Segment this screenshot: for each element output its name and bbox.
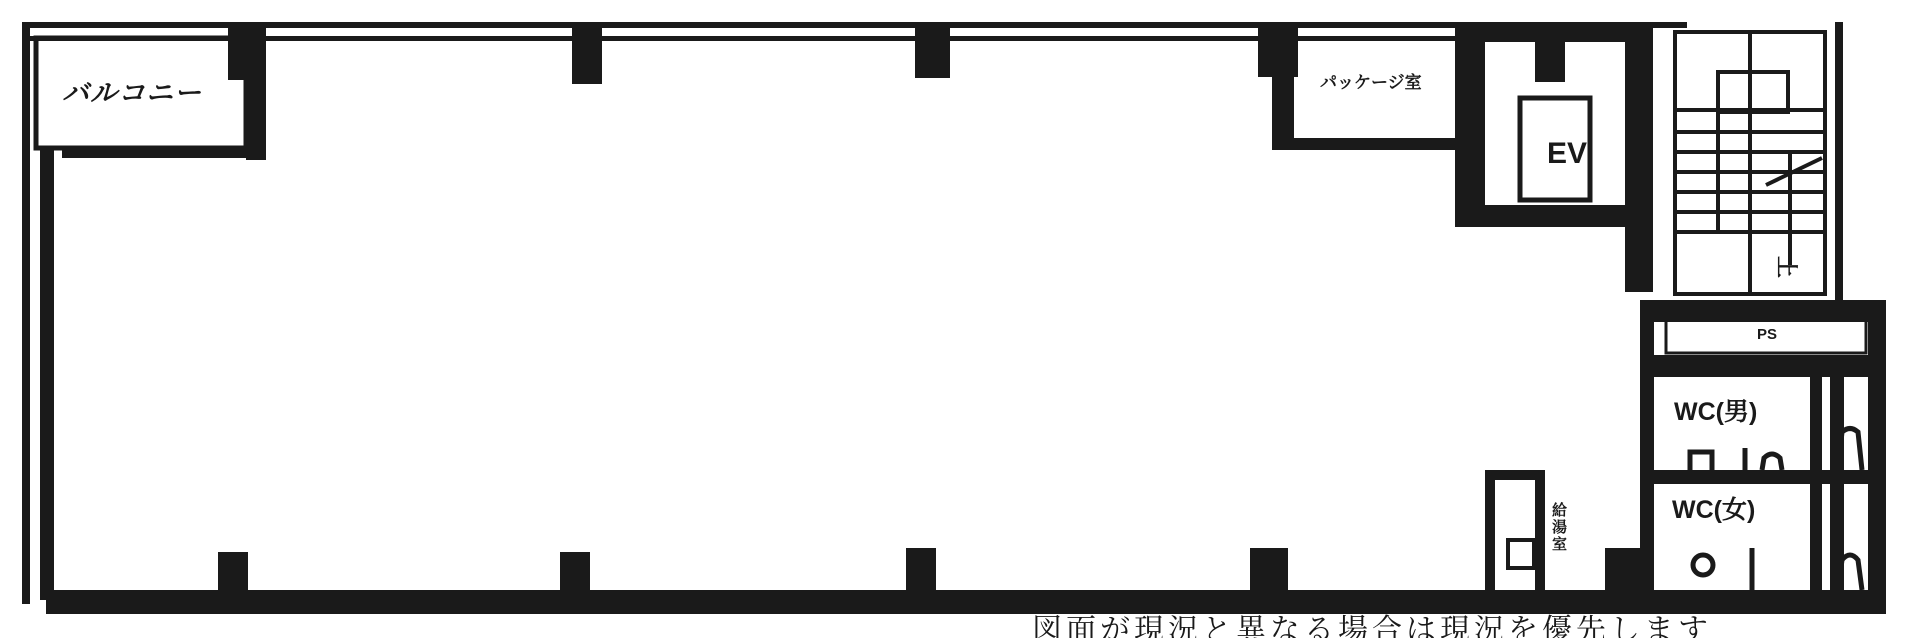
stairs [1675,32,1825,294]
kitchenette [1490,475,1540,595]
stair-direction-label: 上 [1774,256,1796,278]
package-room-label: パッケージ室 [1320,75,1422,92]
pipe-space-label: PS [1757,327,1777,342]
disclaimer-note: 図面が現況と異なる場合は現況を優先します [1032,616,1712,638]
wc-women-label: WC(女) [1672,498,1755,523]
wc-men-label: WC(男) [1674,400,1757,425]
outer-walls [22,22,1886,614]
floor-plan-drawing [0,0,1912,638]
elevator-label: EV [1547,139,1587,169]
balcony-label: バルコニー [62,80,202,107]
kitchenette-label: 給湯室 [1551,502,1566,553]
columns [218,22,1647,596]
core-walls [1272,22,1653,292]
